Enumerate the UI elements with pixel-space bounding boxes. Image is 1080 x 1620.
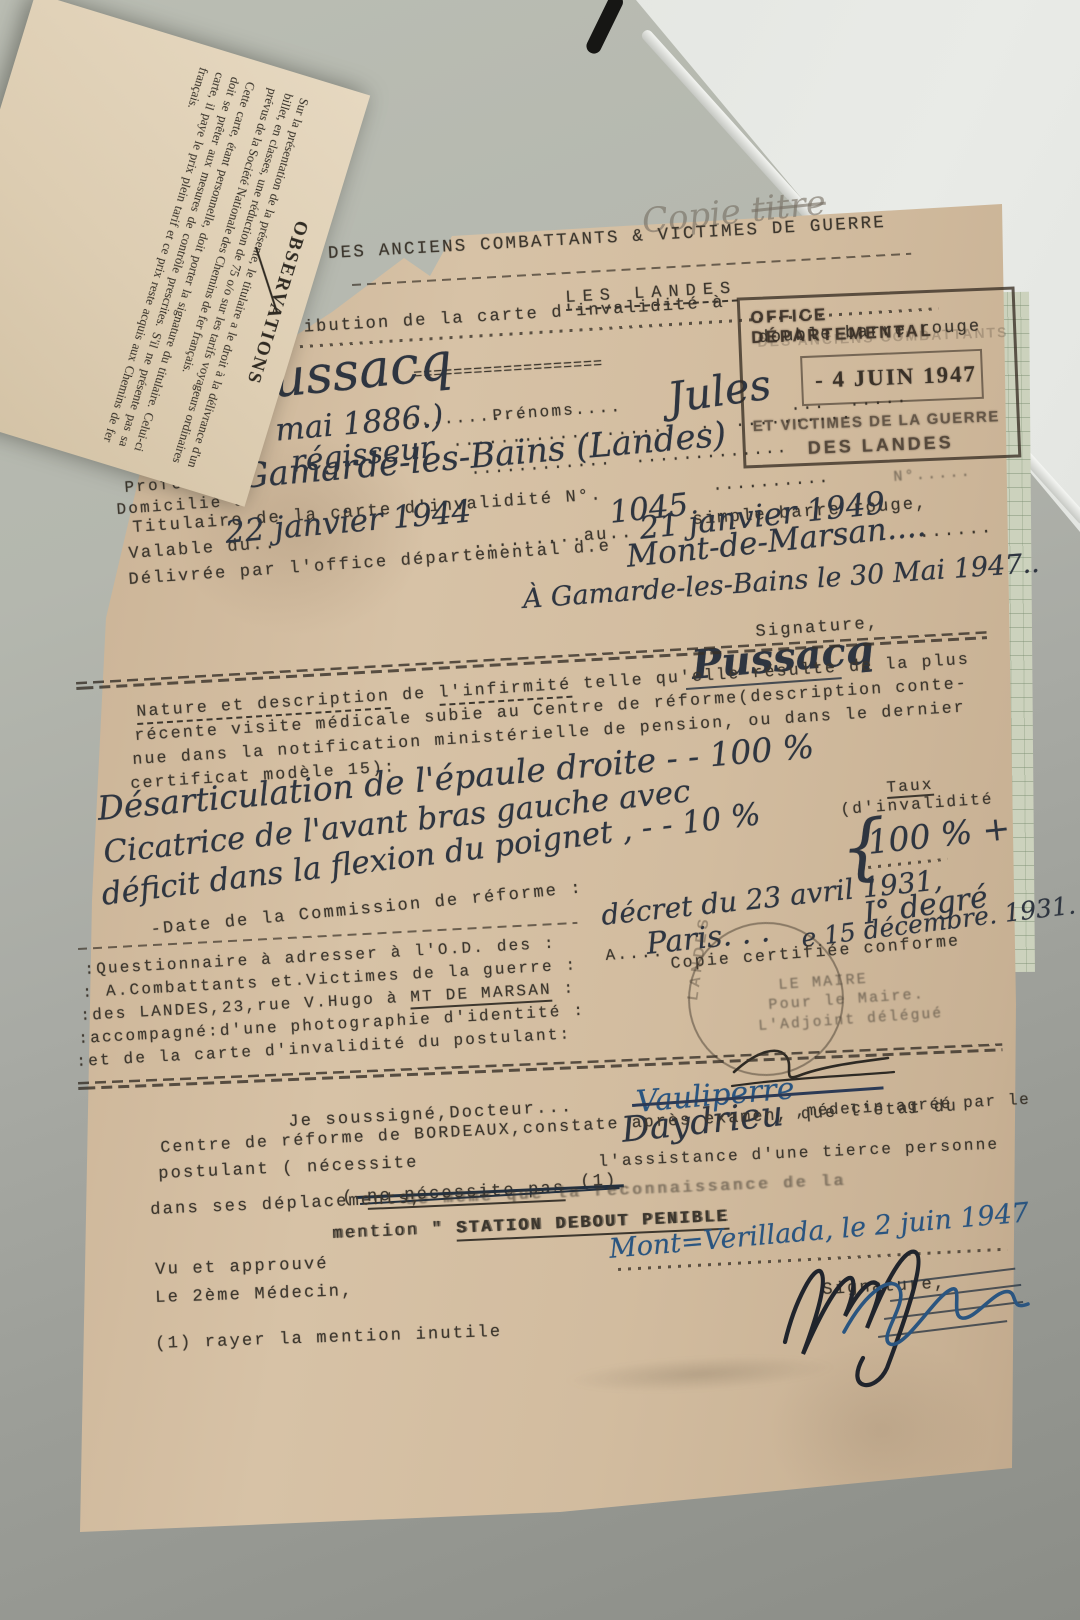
questionnaire-line-3c: : (551, 979, 576, 998)
date-stamp-text: - 4 JUIN 1947 (815, 361, 978, 393)
office-departemental-stamp: OFFICE DÉPARTEMENTAL DES ANCIENS COMBATT… (737, 286, 1022, 468)
stamp-line-3: ET VICTIMES DE LA GUERRE (753, 408, 1001, 435)
dark-notch (584, 0, 626, 56)
stamp-line-4: DES LANDES (807, 432, 954, 459)
photo-of-document: Copie titre DÉPARTEMENTAL DES ANCIENS CO… (0, 0, 1080, 1620)
nature-plain-1: de (390, 683, 440, 705)
date-stamp-box: - 4 JUIN 1947 (800, 349, 984, 406)
doctor-signature-blue (838, 1268, 1038, 1358)
